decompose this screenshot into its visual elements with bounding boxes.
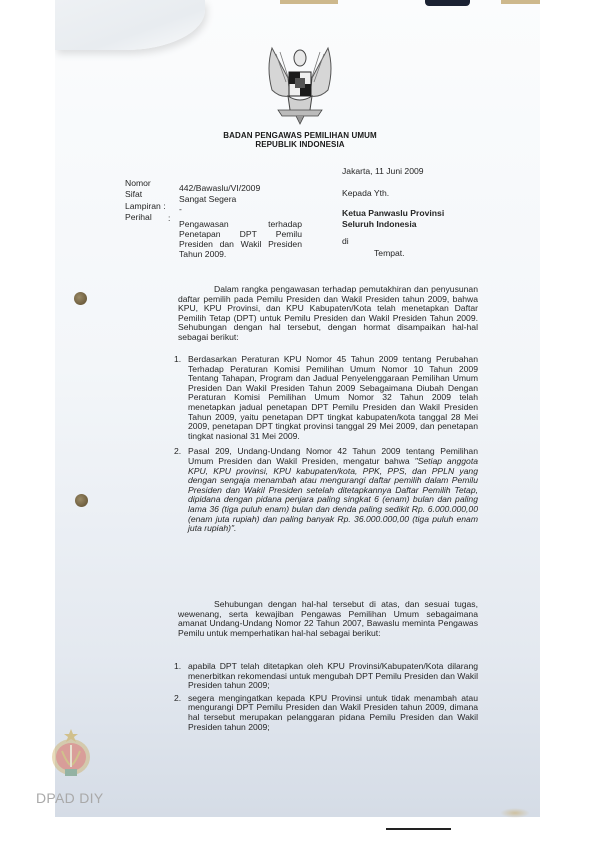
recipient-greeting: Kepada Yth. xyxy=(342,188,389,198)
recipient-name-line-1: Ketua Panwaslu Provinsi xyxy=(342,208,444,218)
request-item-1: 1. apabila DPT telah ditetapkan oleh KPU… xyxy=(174,662,478,691)
transition-paragraph: Sehubungan dengan hal-hal tersebut di at… xyxy=(178,600,478,638)
punch-hole xyxy=(75,494,88,507)
meta-label-perihal: Perihal xyxy=(125,212,152,222)
meta-value-sifat: Sangat Segera xyxy=(179,194,236,204)
lampiran-sep: : xyxy=(163,201,165,211)
dpad-crest-icon xyxy=(50,727,92,779)
recipient-name-line-2: Seluruh Indonesia xyxy=(342,219,417,229)
request-text: segera mengingatkan kepada KPU Provinsi … xyxy=(188,693,478,732)
request-number: 2. xyxy=(174,694,181,704)
meta-value-lampiran: - xyxy=(179,204,182,214)
agency-line-2: REPUBLIK INDONESIA xyxy=(200,140,400,149)
lampiran-label-text: Lampiran xyxy=(125,201,161,211)
requests-list: 1. apabila DPT telah ditetapkan oleh KPU… xyxy=(174,662,478,735)
top-tape xyxy=(501,0,540,4)
top-ink-mark xyxy=(425,0,470,6)
points-list: 1. Berdasarkan Peraturan KPU Nomor 45 Ta… xyxy=(174,355,478,537)
agency-line-1: BADAN PENGAWAS PEMILIHAN UMUM xyxy=(200,131,400,140)
meta-label-nomor: Nomor xyxy=(125,178,151,188)
point-quote: "Setiap anggota KPU, KPU provinsi, KPU k… xyxy=(188,456,478,533)
meta-label-lampiran: Lampiran : xyxy=(125,201,166,211)
place-date: Jakarta, 11 Juni 2009 xyxy=(342,166,424,176)
meta-value-perihal: Pengawasan terhadap Penetapan DPT Pemilu… xyxy=(179,219,302,259)
paper-fold xyxy=(55,0,205,50)
perihal-label-text: Perihal xyxy=(125,212,152,222)
recipient-di: di xyxy=(342,236,349,246)
request-number: 1. xyxy=(174,662,181,672)
paper-stain xyxy=(500,808,530,818)
bottom-mark xyxy=(386,828,451,830)
point-text: Berdasarkan Peraturan KPU Nomor 45 Tahun… xyxy=(188,354,478,441)
meta-label-sifat: Sifat xyxy=(125,189,142,199)
recipient-place: Tempat. xyxy=(374,248,405,258)
point-item-2: 2. Pasal 209, Undang-Undang Nomor 42 Tah… xyxy=(174,447,478,533)
top-tape xyxy=(280,0,338,4)
punch-hole xyxy=(74,292,87,305)
meta-value-nomor: 442/Bawaslu/VI/2009 xyxy=(179,183,260,193)
point-number: 2. xyxy=(174,447,181,457)
request-text: apabila DPT telah ditetapkan oleh KPU Pr… xyxy=(188,661,478,690)
point-item-1: 1. Berdasarkan Peraturan KPU Nomor 45 Ta… xyxy=(174,355,478,441)
agency-name: BADAN PENGAWAS PEMILIHAN UMUM REPUBLIK I… xyxy=(200,131,400,149)
perihal-sep: : xyxy=(168,213,170,223)
garuda-emblem-icon xyxy=(262,38,338,126)
intro-paragraph: Dalam rangka pengawasan terhadap pemutak… xyxy=(178,285,478,343)
request-item-2: 2. segera mengingatkan kepada KPU Provin… xyxy=(174,694,478,732)
point-number: 1. xyxy=(174,355,181,365)
watermark-text: DPAD DIY xyxy=(36,790,104,806)
